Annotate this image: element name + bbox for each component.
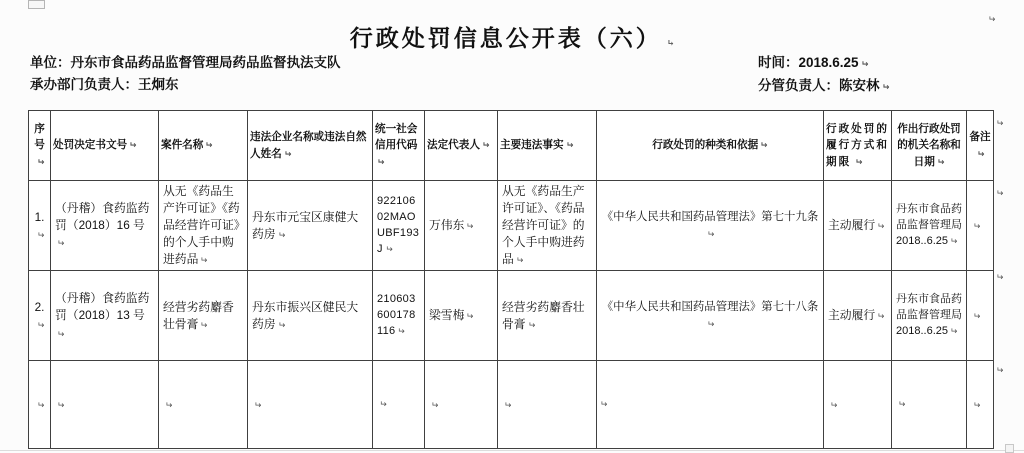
paragraph-mark-icon: ↵ xyxy=(482,139,490,153)
col-header-penalty-type-basis: 行政处罚的种类和依据↵ xyxy=(597,111,824,181)
cell-violator-name: 丹东市振兴区健民大药房↵ xyxy=(248,271,373,361)
row-end-mark-icon: ↵ xyxy=(996,272,1004,283)
cell-case-name: ↵ xyxy=(159,361,248,449)
paragraph-mark-icon: ↵ xyxy=(504,399,512,412)
paragraph-mark-icon: ↵ xyxy=(973,399,981,412)
paragraph-mark-icon: ↵ xyxy=(57,399,65,412)
paragraph-mark-icon: ↵ xyxy=(37,229,45,242)
paragraph-mark-icon: ↵ xyxy=(431,399,439,412)
cell-case-name: 从无《药品生产许可证》《药品经营许可证》的个人手中购进药品↵ xyxy=(159,181,248,271)
paragraph-mark-icon: ↵ xyxy=(165,399,173,412)
col-header-authority-date: 作出行政处罚的机关名称和日期↵ xyxy=(892,111,967,181)
cell-remarks: ↵ xyxy=(967,271,994,361)
paragraph-mark-icon: ↵ xyxy=(950,325,958,338)
cell-violator-name: ↵ xyxy=(248,361,373,449)
col-header-decision-no: 处罚决定书文号↵ xyxy=(51,111,159,181)
paragraph-mark-icon: ↵ xyxy=(861,53,869,75)
paragraph-mark-icon: ↵ xyxy=(377,156,385,170)
cell-decision-no: （丹稽）食药监药罚（2018）13 号↵ xyxy=(51,271,159,361)
paragraph-mark-icon: ↵ xyxy=(278,229,286,242)
paragraph-mark-icon: ↵ xyxy=(830,399,838,412)
cell-legal-representative: 万伟东↵ xyxy=(425,181,498,271)
paragraph-mark-icon: ↵ xyxy=(397,325,405,338)
cell-authority-date: 丹东市食品药品监督管理局 2018..6.25↵ xyxy=(892,181,967,271)
paragraph-mark-icon: ↵ xyxy=(973,310,981,323)
cell-legal-representative: 梁雪梅↵ xyxy=(425,271,498,361)
paragraph-mark-icon: ↵ xyxy=(516,254,524,267)
cell-fulfillment: 主动履行↵ xyxy=(824,271,892,361)
cell-seq: ↵ xyxy=(29,361,51,449)
cell-credit-code: 210603600178116↵ xyxy=(373,271,425,361)
cell-legal-representative: ↵ xyxy=(425,361,498,449)
paragraph-mark-icon: ↵ xyxy=(988,14,996,25)
time-line: 时间：2018.6.25↵ xyxy=(758,52,889,75)
paragraph-mark-icon: ↵ xyxy=(278,319,286,332)
paragraph-mark-icon: ↵ xyxy=(566,139,574,153)
department-head-line: 承办部门负责人：王炯东 xyxy=(30,74,341,96)
row-end-mark-icon: ↵ xyxy=(996,118,1004,129)
paragraph-mark-icon: ↵ xyxy=(37,156,45,170)
paragraph-mark-icon: ↵ xyxy=(37,399,45,412)
paragraph-mark-icon: ↵ xyxy=(57,237,65,250)
paragraph-mark-icon: ↵ xyxy=(664,38,675,49)
paragraph-mark-icon: ↵ xyxy=(254,399,262,412)
paragraph-mark-icon: ↵ xyxy=(877,310,885,323)
col-header-case-name: 案件名称↵ xyxy=(159,111,248,181)
paragraph-mark-icon: ↵ xyxy=(898,398,906,411)
cell-seq: 2.↵ xyxy=(29,271,51,361)
paragraph-mark-icon: ↵ xyxy=(129,139,137,153)
cell-remarks: ↵ xyxy=(967,181,994,271)
cell-illegal-facts: 经营劣药麝香壮骨膏↵ xyxy=(498,271,597,361)
supervisor-line: 分管负责人：陈安林↵ xyxy=(758,75,889,98)
paragraph-mark-icon: ↵ xyxy=(200,254,208,267)
cell-decision-no: ↵ xyxy=(51,361,159,449)
cell-illegal-facts: ↵ xyxy=(498,361,597,449)
paragraph-mark-icon: ↵ xyxy=(973,220,981,233)
paragraph-mark-icon: ↵ xyxy=(937,156,945,170)
page-edge-line xyxy=(0,450,1024,451)
col-header-remarks: 备注↵ xyxy=(967,111,994,181)
paragraph-mark-icon: ↵ xyxy=(950,235,958,248)
table-row: 2.↵ （丹稽）食药监药罚（2018）13 号↵ 经营劣药麝香壮骨膏↵ 丹东市振… xyxy=(29,271,994,361)
cell-decision-no: （丹稽）食药监药罚（2018）16 号↵ xyxy=(51,181,159,271)
col-header-credit-code: 统一社会信用代码↵ xyxy=(373,111,425,181)
paragraph-mark-icon: ↵ xyxy=(707,318,715,331)
col-header-legal-representative: 法定代表人↵ xyxy=(425,111,498,181)
paragraph-mark-icon: ↵ xyxy=(205,139,213,153)
paragraph-mark-icon: ↵ xyxy=(707,228,715,241)
cell-fulfillment: ↵ xyxy=(824,361,892,449)
cell-fulfillment: 主动履行↵ xyxy=(824,181,892,271)
meta-left-block: 单位：丹东市食品药品监督管理局药品监督执法支队 承办部门负责人：王炯东 xyxy=(30,52,341,96)
unit-line: 单位：丹东市食品药品监督管理局药品监督执法支队 xyxy=(30,52,341,74)
cell-credit-code: ↵ xyxy=(373,361,425,449)
cell-illegal-facts: 从无《药品生产许可证》、《药品经营许可证》的个人手中购进药品↵ xyxy=(498,181,597,271)
document-artifact-icon xyxy=(28,0,45,9)
paragraph-mark-icon: ↵ xyxy=(379,398,387,411)
paragraph-mark-icon: ↵ xyxy=(760,139,768,153)
table-row: 1.↵ （丹稽）食药监药罚（2018）16 号↵ 从无《药品生产许可证》《药品经… xyxy=(29,181,994,271)
cell-penalty-type-basis: ↵ xyxy=(597,361,824,449)
cell-penalty-type-basis: 《中华人民共和国药品管理法》第七十八条↵ xyxy=(597,271,824,361)
paragraph-mark-icon: ↵ xyxy=(200,319,208,332)
table-header-row: 序号↵ 处罚决定书文号↵ 案件名称↵ 违法企业名称或违法自然人姓名↵ 统一社会信… xyxy=(29,111,994,181)
cell-credit-code: 92210602MAOUBF193J↵ xyxy=(373,181,425,271)
paragraph-mark-icon: ↵ xyxy=(385,243,393,256)
cell-violator-name: 丹东市元宝区康健大药房↵ xyxy=(248,181,373,271)
meta-right-block: 时间：2018.6.25↵ 分管负责人：陈安林↵ xyxy=(758,52,889,98)
cell-remarks: ↵ xyxy=(967,361,994,449)
page-title: 行政处罚信息公开表（六）↵ xyxy=(0,20,1024,53)
paragraph-mark-icon: ↵ xyxy=(877,220,885,233)
paragraph-mark-icon: ↵ xyxy=(466,310,474,323)
page-corner-artifact-icon xyxy=(1005,444,1014,453)
penalty-table: 序号↵ 处罚决定书文号↵ 案件名称↵ 违法企业名称或违法自然人姓名↵ 统一社会信… xyxy=(28,110,994,449)
col-header-violator-name: 违法企业名称或违法自然人姓名↵ xyxy=(248,111,373,181)
paragraph-mark-icon: ↵ xyxy=(284,148,292,162)
row-end-mark-icon: ↵ xyxy=(996,365,1004,376)
paragraph-mark-icon: ↵ xyxy=(977,148,985,162)
paragraph-mark-icon: ↵ xyxy=(882,76,890,98)
col-header-fulfillment: 行政处罚的履行方式和期限↵ xyxy=(824,111,892,181)
row-end-mark-icon: ↵ xyxy=(996,188,1004,199)
cell-authority-date: 丹东市食品药品监督管理局 2018..6.25↵ xyxy=(892,271,967,361)
table-row: ↵ ↵ ↵ ↵ ↵ ↵ ↵ ↵ ↵ ↵ ↵ xyxy=(29,361,994,449)
cell-case-name: 经营劣药麝香壮骨膏↵ xyxy=(159,271,248,361)
paragraph-mark-icon: ↵ xyxy=(466,220,474,233)
col-header-illegal-facts: 主要违法事实↵ xyxy=(498,111,597,181)
cell-seq: 1.↵ xyxy=(29,181,51,271)
paragraph-mark-icon: ↵ xyxy=(57,328,65,341)
cell-authority-date: ↵ xyxy=(892,361,967,449)
paragraph-mark-icon: ↵ xyxy=(37,319,45,332)
cell-penalty-type-basis: 《中华人民共和国药品管理法》第七十九条↵ xyxy=(597,181,824,271)
col-header-seq: 序号↵ xyxy=(29,111,51,181)
paragraph-mark-icon: ↵ xyxy=(600,398,608,411)
paragraph-mark-icon: ↵ xyxy=(853,156,863,170)
paragraph-mark-icon: ↵ xyxy=(528,319,536,332)
